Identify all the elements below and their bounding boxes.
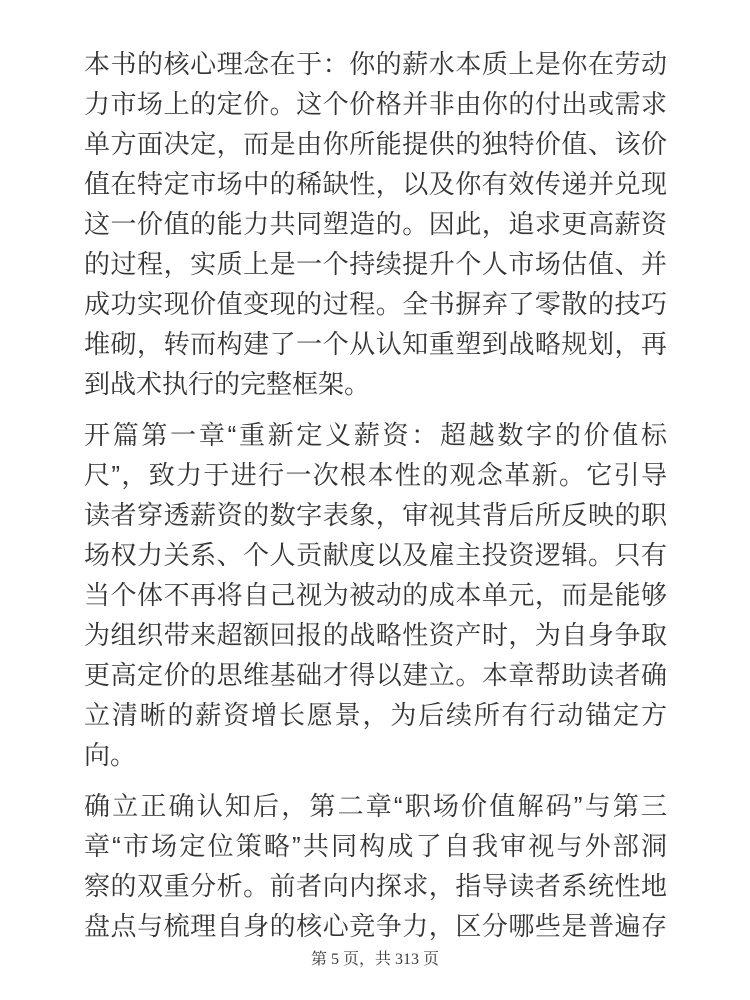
text-line: 力市场上的定价。这个价格并非由你的付出或需求 <box>84 84 667 124</box>
page-number-indicator: 第 5 页，共 313 页 <box>0 946 750 969</box>
paragraph: 开篇第一章“重新定义薪资：超越数字的价值标 尺”，致力于进行一次根本性的观念革新… <box>84 415 667 775</box>
text-line: 到战术执行的完整框架。 <box>84 364 667 404</box>
text-line: 章“市场定位策略”共同构成了自我审视与外部洞 <box>84 826 667 866</box>
text-line: 更高定价的思维基础才得以建立。本章帮助读者确 <box>84 655 667 695</box>
page-body-text: 本书的核心理念在于：你的薪水本质上是你在劳动 力市场上的定价。这个价格并非由你的… <box>84 44 667 957</box>
text-line: 尺”，致力于进行一次根本性的观念革新。它引导 <box>84 455 667 495</box>
text-line: 场权力关系、个人贡献度以及雇主投资逻辑。只有 <box>84 535 667 575</box>
text-line: 成功实现价值变现的过程。全书摒弃了零散的技巧 <box>84 284 667 324</box>
text-line: 这一价值的能力共同塑造的。因此，追求更高薪资 <box>84 204 667 244</box>
text-line: 堆砌，转而构建了一个从认知重塑到战略规划，再 <box>84 324 667 364</box>
paragraph: 本书的核心理念在于：你的薪水本质上是你在劳动 力市场上的定价。这个价格并非由你的… <box>84 44 667 404</box>
text-line: 值在特定市场中的稀缺性，以及你有效传递并兑现 <box>84 164 667 204</box>
text-line: 向。 <box>84 735 667 775</box>
text-line: 为组织带来超额回报的战略性资产时，为自身争取 <box>84 615 667 655</box>
text-line: 察的双重分析。前者向内探求，指导读者系统性地 <box>84 866 667 906</box>
document-page: 本书的核心理念在于：你的薪水本质上是你在劳动 力市场上的定价。这个价格并非由你的… <box>0 0 750 1000</box>
text-line: 读者穿透薪资的数字表象，审视其背后所反映的职 <box>84 495 667 535</box>
text-line: 当个体不再将自己视为被动的成本单元，而是能够 <box>84 575 667 615</box>
text-line: 的过程，实质上是一个持续提升个人市场估值、并 <box>84 244 667 284</box>
text-line: 确立正确认知后，第二章“职场价值解码”与第三 <box>84 786 667 826</box>
text-line: 立清晰的薪资增长愿景，为后续所有行动锚定方 <box>84 695 667 735</box>
text-line: 单方面决定，而是由你所能提供的独特价值、该价 <box>84 124 667 164</box>
paragraph: 确立正确认知后，第二章“职场价值解码”与第三 章“市场定位策略”共同构成了自我审… <box>84 786 667 946</box>
text-line: 本书的核心理念在于：你的薪水本质上是你在劳动 <box>84 44 667 84</box>
text-line: 盘点与梳理自身的核心竞争力，区分哪些是普遍存 <box>84 906 667 946</box>
text-line: 开篇第一章“重新定义薪资：超越数字的价值标 <box>84 415 667 455</box>
